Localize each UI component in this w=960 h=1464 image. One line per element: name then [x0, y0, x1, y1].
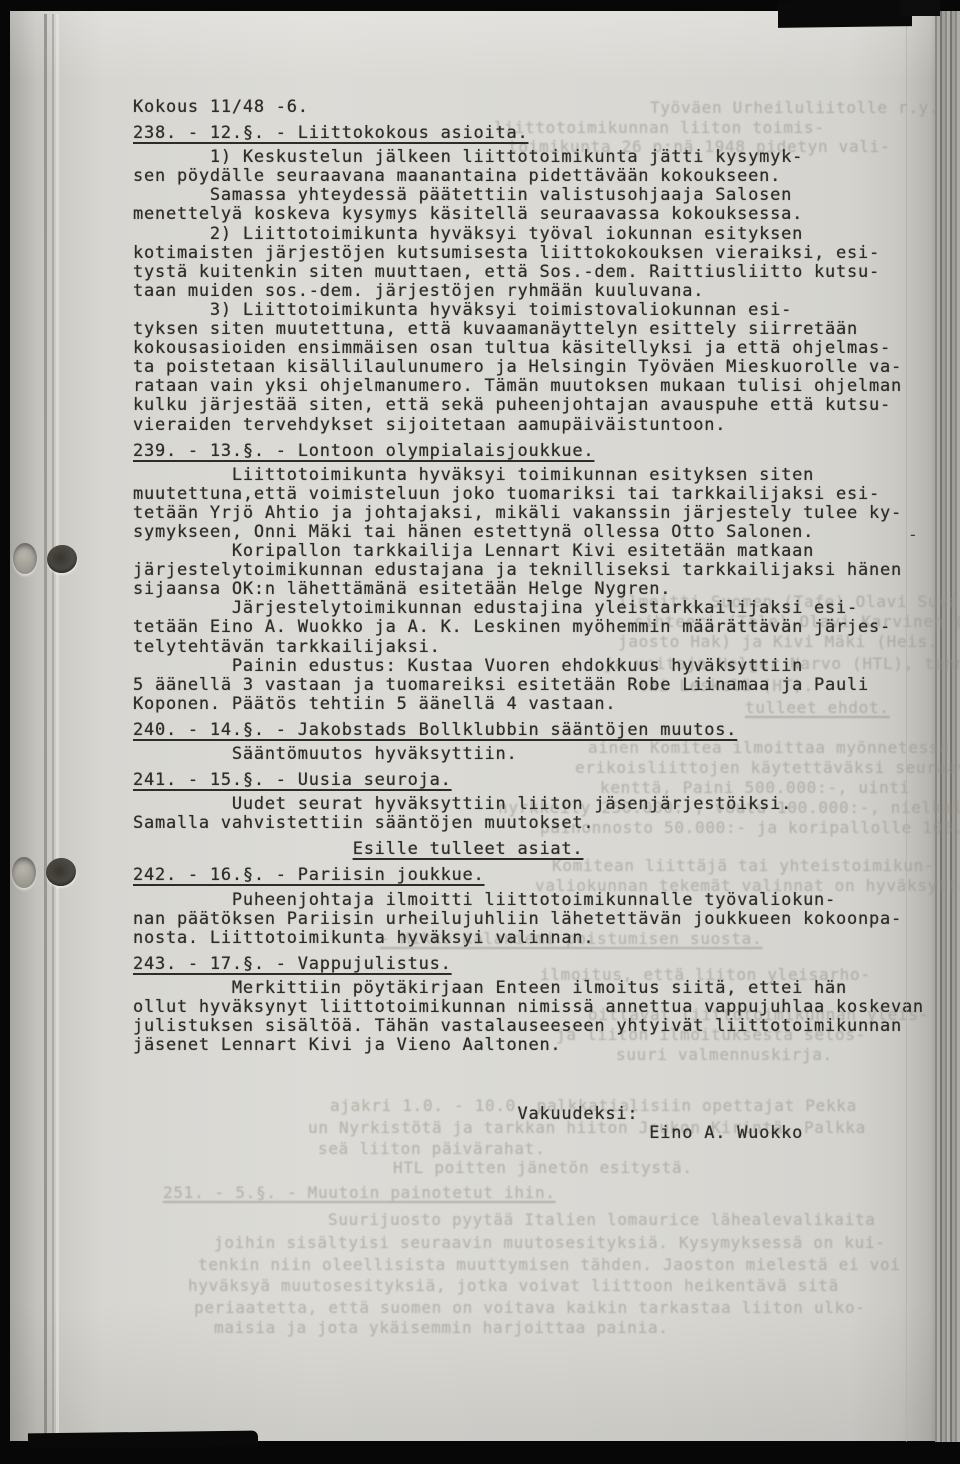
typed-line: Painin edustus: Kustaa Vuoren ehdokkuus … [133, 657, 943, 676]
typed-line: Puheenjohtaja ilmoitti liittotoimikunnal… [133, 891, 943, 910]
typed-line: julistuksen sisältöä. Tähän vastalausees… [133, 1017, 943, 1036]
typed-line: Liittotoimikunta hyväksyi toimikunnan es… [133, 466, 943, 485]
section-heading-text: 239. - 13.§. - Lontoon olympialaisjoukku… [133, 441, 594, 461]
section-heading: 239. - 13.§. - Lontoon olympialaisjoukku… [133, 442, 943, 461]
left-fold-crease [52, 14, 54, 1444]
section-heading: 240. - 14.§. - Jakobstads Bollklubbin sä… [133, 721, 943, 740]
scanned-minutes-photo: { "colors": { "background": "#070707", "… [0, 0, 960, 1464]
typed-line: tetään Yrjö Ahtio ja johtajaksi, mikäli … [133, 504, 943, 523]
bleedthrough-line: periaatetta, että suomen on voitava kaik… [194, 1299, 866, 1317]
section-heading-text: 241. - 15.§. - Uusia seuroja. [133, 770, 452, 790]
section-heading-text: 240. - 14.§. - Jakobstads Bollklubbin sä… [133, 720, 737, 740]
typed-line: nosta. Liittotoimikunta hyväksyi valinna… [133, 929, 943, 948]
scan-corner-dark [900, 0, 940, 16]
typed-line: telytehtävän tarkkailijaksi. [133, 638, 943, 657]
typed-line: menettelyä koskeva kysymys käsitellä seu… [133, 205, 943, 224]
section-heading: 241. - 15.§. - Uusia seuroja. [133, 771, 943, 790]
scan-corner-dark [28, 1431, 258, 1450]
typed-line: Sääntömuutos hyväksyttiin. [133, 745, 943, 764]
left-fold-highlight [56, 14, 59, 1444]
section-heading-text: 242. - 16.§. - Pariisin joukkue. [133, 865, 485, 885]
bleedthrough-line: 251. - 5.§. - Muutoin painotetut ihin. [163, 1184, 556, 1202]
bleedthrough-line: tenkin niin oleellisista muuttymisen täh… [198, 1256, 901, 1274]
typed-line: järjestelytoimikunnan edustajana ja tekn… [133, 561, 943, 580]
bleedthrough-line: maisia ja jota ykäisemmin harjoittaa pai… [214, 1319, 669, 1337]
typed-line: vieraiden tervehdykset sijoitetaan aamup… [133, 416, 943, 435]
section-heading: 242. - 16.§. - Pariisin joukkue. [133, 866, 943, 885]
typed-line: kulku järjestää siten, että sekä puheenj… [133, 396, 943, 415]
typed-line: 1) Keskustelun jälkeen liittotoimikunta … [133, 148, 943, 167]
bleedthrough-line: Suurijuosto pyytää Italien lomaurice läh… [328, 1211, 876, 1229]
attestation-label: Vakuudeksi: [133, 1105, 943, 1124]
typed-line: 5 äänellä 3 vastaan ja tuomareiksi esite… [133, 676, 943, 695]
typed-line: tystä kuitenkin siten muuttaen, että Sos… [133, 263, 943, 282]
typed-line: ta poistetaan kisällilaulunumero ja Hels… [133, 358, 943, 377]
typed-line: kotimaisten järjestöjen kutsumisesta lii… [133, 244, 943, 263]
section-heading-text: 243. - 17.§. - Vappujulistus. [133, 954, 452, 974]
section-heading: 243. - 17.§. - Vappujulistus. [133, 955, 943, 974]
meeting-header: Kokous 11/48 -6. [133, 98, 943, 117]
section-heading: 238. - 12.§. - Liittokokous asioita. [133, 124, 943, 143]
ink-speck: - [908, 525, 918, 544]
left-fold-crease [44, 14, 47, 1444]
typed-line: jäsenet Lennart Kivi ja Vieno Aaltonen. [133, 1036, 943, 1055]
typed-line: tetään Eino A. Wuokko ja A. K. Leskinen … [133, 618, 943, 637]
bleedthrough-line: hyväksyä muutosesityksiä, jotka voivat l… [188, 1277, 839, 1295]
typed-line: sen pöydälle seuraavana maanantaina pide… [133, 167, 943, 186]
bleedthrough-line: joihin sisältyisi seuraavin muutosesityk… [214, 1234, 886, 1252]
typed-line: kokousasioiden ensimmäisen osan tultua k… [133, 339, 943, 358]
section-heading-text: Esille tulleet asiat. [353, 839, 584, 859]
section-heading-text: 238. - 12.§. - Liittokokous asioita. [133, 123, 528, 143]
typed-line: Järjestelytoimikunnan edustajina yleista… [133, 599, 943, 618]
typed-line: rataan vain yksi ohjelmanumero. Tämän mu… [133, 377, 943, 396]
section-heading: Esille tulleet asiat. [133, 840, 943, 859]
typed-line: symykseen, Onni Mäki tai hänen estettynä… [133, 523, 943, 542]
typed-line: Koripallon tarkkailija Lennart Kivi esit… [133, 542, 943, 561]
attestation-signature: Eino A. Wuokko [133, 1124, 943, 1143]
typed-line: nan päätöksen Pariisin urheilujuhliin lä… [133, 910, 943, 929]
typed-line: taan muiden sos.-dem. järjestöjen ryhmää… [133, 282, 943, 301]
typed-line: Merkittiin pöytäkirjaan Enteen ilmoitus … [133, 979, 943, 998]
typed-line: Koponen. Päätös tehtiin 5 äänellä 4 vast… [133, 695, 943, 714]
typed-line: tyksen siten muutettuna, että kuvaamanäy… [133, 320, 943, 339]
typed-line: muutettuna,että voimisteluun joko tuomar… [133, 485, 943, 504]
bleedthrough-line: HTL poitten jänetön esitystä. [393, 1159, 693, 1177]
scan-corner-dark [778, 0, 912, 28]
punch-hole [13, 543, 37, 574]
typed-line: sijaansa OK:n lähettämänä esitetään Helg… [133, 580, 943, 599]
typed-line: Uudet seurat hyväksyttiin liiton jäsenjä… [133, 795, 943, 814]
typed-line: Samassa yhteydessä päätettiin valistusoh… [133, 186, 943, 205]
typed-line: Samalla vahvistettiin sääntöjen muutokse… [133, 814, 943, 833]
typed-line: 3) Liittotoimikunta hyväksyi toimistoval… [133, 301, 943, 320]
typed-document: Kokous 11/48 -6. 238. - 12.§. - Liittoko… [133, 98, 943, 1144]
typed-line: 2) Liittotoimikunta hyväksyi työval ioku… [133, 225, 943, 244]
right-fold-crease [906, 14, 907, 1444]
punch-hole [12, 857, 36, 888]
typed-line: ollut hyväksynyt liittotoimikunnan nimis… [133, 998, 943, 1017]
